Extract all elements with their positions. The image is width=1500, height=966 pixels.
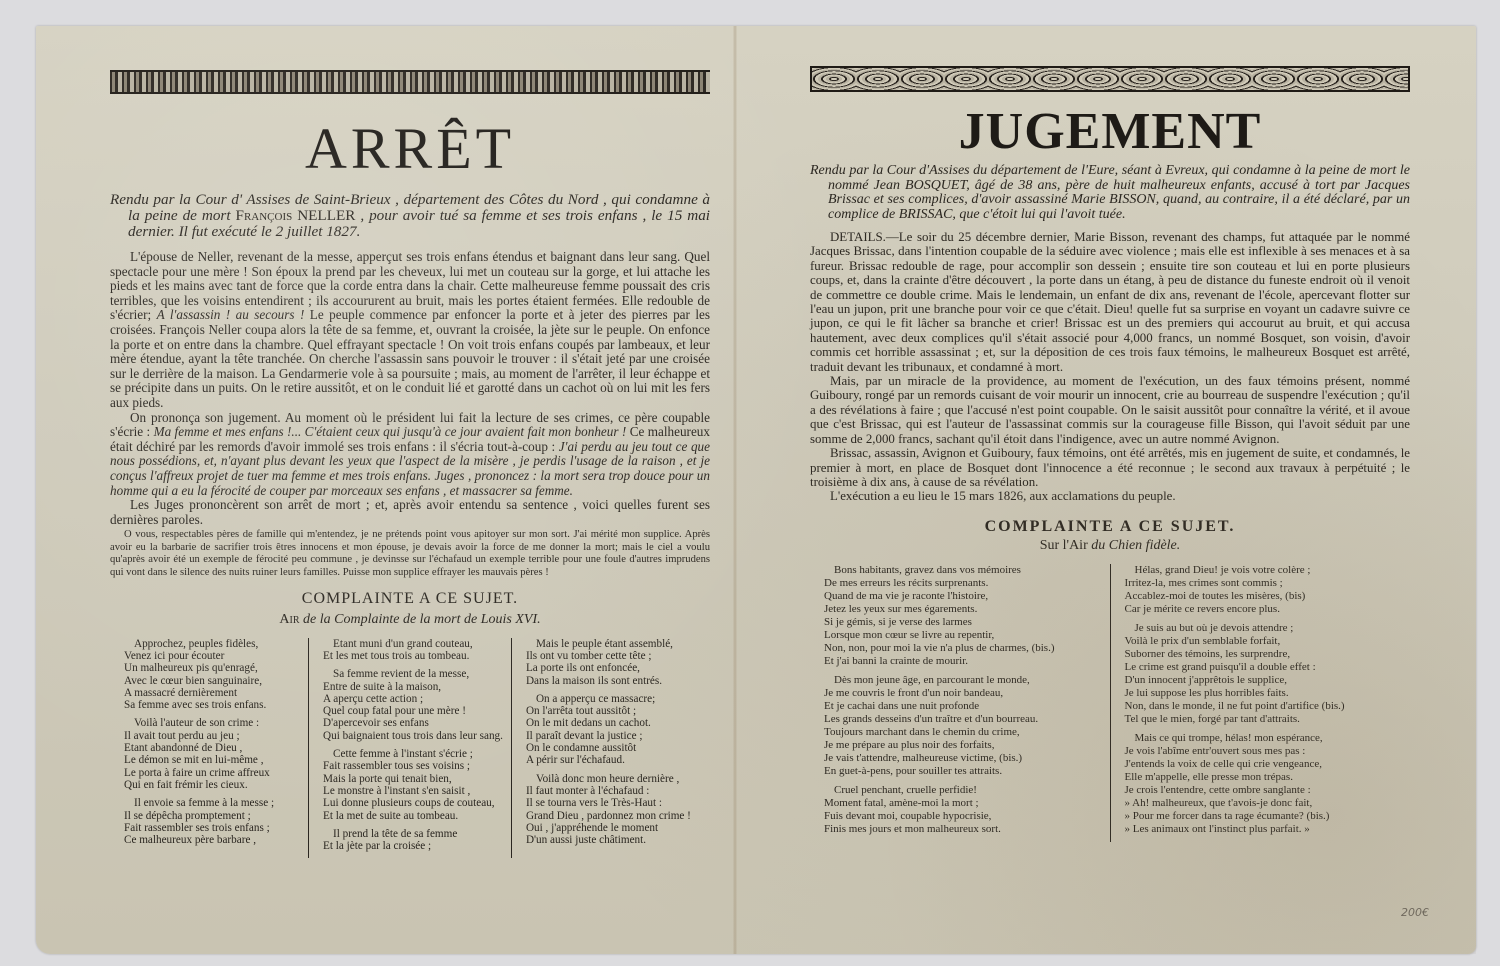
poem-column: Etant muni d'un grand couteau,Et les met…: [308, 638, 511, 859]
poem-line: De mes erreurs les récits surprenants.: [824, 577, 1102, 590]
poem-line: Car je mérite ce revers encore plus.: [1125, 603, 1403, 616]
poem-line: Oui , j'appréhende le moment: [526, 822, 702, 834]
poem-line: Dès mon jeune âge, en parcourant le mond…: [824, 674, 1102, 687]
poem-line: Finis mes jours et mon malheureux sort.: [824, 823, 1102, 836]
poem-line: A aperçu cette action ;: [323, 693, 503, 705]
poem-line: Quand de ma vie je raconte l'histoire,: [824, 590, 1102, 603]
poem-line: Accablez-moi de toutes les misères, (bis…: [1125, 590, 1403, 603]
poem-line: Il faut monter à l'échafaud :: [526, 785, 702, 797]
poem-stanza: Approchez, peuples fidèles,Venez ici pou…: [124, 638, 300, 712]
poem-line: Lorsque mon cœur se livre au repentir,: [824, 629, 1102, 642]
poem-line: » Les animaux ont l'instinct plus parfai…: [1125, 823, 1403, 836]
poem-line: Le crime est grand puisqu'il a double ef…: [1125, 661, 1403, 674]
poem-line: Qui en fait frémir les cieux.: [124, 779, 300, 791]
poem-line: Irritez-la, mes crimes sont commis ;: [1125, 577, 1403, 590]
poem-column: Bons habitants, gravez dans vos mémoires…: [810, 564, 1110, 842]
poem-line: Le démon se mit en lui-même ,: [124, 754, 300, 766]
poem-stanza: On a apperçu ce massacre;On l'arrêta tou…: [526, 693, 702, 767]
poem-line: J'entends la voix de celle qui crie veng…: [1125, 758, 1403, 771]
poem-line: Fuis devant moi, coupable hypocrisie,: [824, 810, 1102, 823]
poem-line: On a apperçu ce massacre;: [526, 693, 702, 705]
poem-line: Lui donne plusieurs coups de couteau,: [323, 797, 503, 809]
poem-line: Les grands desseins d'un traître et d'un…: [824, 713, 1102, 726]
poem-line: Avec le cœur bien sanguinaire,: [124, 675, 300, 687]
ornamental-border-left: [110, 70, 710, 94]
poem-line: A massacré dernièrement: [124, 687, 300, 699]
narrative-paragraph: DETAILS.—Le soir du 25 décembre dernier,…: [810, 230, 1410, 374]
poem-line: Je me prépare au plus noir des forfaits,: [824, 739, 1102, 752]
poem-line: Je lui suppose les plus horribles faits.: [1125, 687, 1403, 700]
poem-line: Mais le peuple étant assemblé,: [526, 638, 702, 650]
ornamental-border-right: [810, 66, 1410, 92]
poem-line: Suborner des témoins, les surprendre,: [1125, 648, 1403, 661]
poem-line: A périr sur l'échafaud.: [526, 754, 702, 766]
narrative-paragraph: Brissac, assassin, Avignon et Guiboury, …: [810, 446, 1410, 489]
left-narrative: L'épouse de Neller, revenant de la messe…: [110, 250, 710, 527]
poem-stanza: Cruel penchant, cruelle perfidie!Moment …: [824, 784, 1102, 836]
poem-line: Et je cachai dans une nuit profonde: [824, 700, 1102, 713]
poem-line: Sa femme avec ses trois enfans.: [124, 699, 300, 711]
poem-line: Moment fatal, amène-moi la mort ;: [824, 797, 1102, 810]
poem-line: Je suis au but où je devois attendre ;: [1125, 622, 1403, 635]
poem-line: Et la met de suite au tombeau.: [323, 810, 503, 822]
poem-stanza: Dès mon jeune âge, en parcourant le mond…: [824, 674, 1102, 778]
poem-line: Qui baignaient tous trois dans leur sang…: [323, 730, 503, 742]
poem-line: Si je gémis, si je verse des larmes: [824, 616, 1102, 629]
pencil-price-note: 200€: [1401, 906, 1429, 919]
right-narrative: DETAILS.—Le soir du 25 décembre dernier,…: [810, 230, 1410, 504]
poem-line: Un malheureux pis qu'enragé,: [124, 662, 300, 674]
narrative-paragraph: Mais, par un miracle de la providence, a…: [810, 374, 1410, 446]
right-complainte-title: COMPLAINTE A CE SUJET.: [810, 518, 1410, 536]
poem-line: Non, dans le monde, il ne fut point d'ar…: [1125, 700, 1403, 713]
poem-line: Mais la porte qui tenait bien,: [323, 773, 503, 785]
poem-stanza: Il envoie sa femme à la messe ;Il se dép…: [124, 797, 300, 846]
poem-line: On le mit dedans un cachot.: [526, 717, 702, 729]
right-page-jugement: JUGEMENT Rendu par la Cour d'Assises du …: [810, 26, 1410, 842]
poem-line: Je me couvris le front d'un noir bandeau…: [824, 687, 1102, 700]
poem-line: Etant muni d'un grand couteau,: [323, 638, 503, 650]
poem-line: Mais ce qui trompe, hélas! mon espérance…: [1125, 732, 1403, 745]
poem-line: Il envoie sa femme à la messe ;: [124, 797, 300, 809]
poem-line: Il se tourna vers le Très-Haut :: [526, 797, 702, 809]
poem-line: Approchez, peuples fidèles,: [124, 638, 300, 650]
condemned-first-name: François: [236, 207, 293, 224]
poem-line: Venez ici pour écouter: [124, 650, 300, 662]
poem-line: Fait rassembler ses trois enfans ;: [124, 822, 300, 834]
poem-stanza: Voilà donc mon heure dernière ,Il faut m…: [526, 773, 702, 847]
poem-line: La porte ils ont enfoncée,: [526, 662, 702, 674]
poem-stanza: Bons habitants, gravez dans vos mémoires…: [824, 564, 1102, 668]
poem-line: Cette femme à l'instant s'écrie ;: [323, 748, 503, 760]
left-page-title: ARRÊT: [110, 120, 710, 178]
printed-broadside-sheet: ARRÊT Rendu par la Cour d' Assises de Sa…: [36, 26, 1476, 954]
left-page-arret: ARRÊT Rendu par la Cour d' Assises de Sa…: [110, 26, 710, 858]
right-air-line: Sur l'Air du Chien fidèle.: [810, 538, 1410, 554]
narrative-paragraph: On prononça son jugement. Au moment où l…: [110, 411, 710, 499]
poem-line: Jetez les yeux sur mes égarements.: [824, 603, 1102, 616]
poem-line: Ce malheureux père barbare ,: [124, 834, 300, 846]
poem-line: Je crois l'entendre, cette ombre sanglan…: [1125, 784, 1403, 797]
poem-line: Toujours marchant dans le chemin du crim…: [824, 726, 1102, 739]
poem-line: Cruel penchant, cruelle perfidie!: [824, 784, 1102, 797]
right-page-title: JUGEMENT: [810, 106, 1410, 158]
condemned-last-name: NELLER: [297, 207, 355, 224]
poem-line: Ils ont vu tomber cette tête ;: [526, 650, 702, 662]
poem-line: Entre de suite à la maison,: [323, 681, 503, 693]
poem-stanza: Mais le peuple étant assemblé,Ils ont vu…: [526, 638, 702, 687]
poem-line: Il paraît devant la justice ;: [526, 730, 702, 742]
poem-column: Approchez, peuples fidèles,Venez ici pou…: [110, 638, 308, 859]
poem-line: » Pour me forcer dans ta rage écumante? …: [1125, 810, 1403, 823]
poem-line: Je vois l'abîme entr'ouvert sous mes pas…: [1125, 745, 1403, 758]
poem-stanza: Mais ce qui trompe, hélas! mon espérance…: [1125, 732, 1403, 836]
poem-stanza: Sa femme revient de la messe,Entre de su…: [323, 668, 503, 742]
poem-line: Etant abandonné de Dieu ,: [124, 742, 300, 754]
poem-line: Sa femme revient de la messe,: [323, 668, 503, 680]
narrative-paragraph: L'exécution a eu lieu le 15 mars 1826, a…: [810, 489, 1410, 503]
poem-line: Et la jète par la croisée ;: [323, 840, 503, 852]
poem-line: Voilà le prix d'un semblable forfait,: [1125, 635, 1403, 648]
poem-line: Le monstre à l'instant s'en saisit ,: [323, 785, 503, 797]
poem-line: Quel coup fatal pour une mère !: [323, 705, 503, 717]
poem-line: D'un innocent j'apprêtois le supplice,: [1125, 674, 1403, 687]
poem-line: Je vais t'attendre, malheureuse victime,…: [824, 752, 1102, 765]
poem-line: On l'arrêta tout aussitôt ;: [526, 705, 702, 717]
poem-line: Hélas, grand Dieu! je vois votre colère …: [1125, 564, 1403, 577]
poem-line: Dans la maison ils sont entrés.: [526, 675, 702, 687]
poem-line: Bons habitants, gravez dans vos mémoires: [824, 564, 1102, 577]
narrative-paragraph: Les Juges prononcèrent son arrêt de mort…: [110, 498, 710, 527]
left-air-line: Air de la Complainte de la mort de Louis…: [110, 612, 710, 628]
poem-line: Il prend la tête de sa femme: [323, 828, 503, 840]
poem-line: Le porta à faire un crime affreux: [124, 767, 300, 779]
poem-line: Il se dépêcha promptement ;: [124, 810, 300, 822]
poem-column: Mais le peuple étant assemblé,Ils ont vu…: [511, 638, 710, 859]
poem-line: Elle m'appelle, elle presse mon trépas.: [1125, 771, 1403, 784]
last-words: O vous, respectables pères de famille qu…: [110, 529, 710, 579]
poem-line: Grand Dieu , pardonnez mon crime !: [526, 810, 702, 822]
poem-stanza: Etant muni d'un grand couteau,Et les met…: [323, 638, 503, 663]
poem-stanza: Voilà l'auteur de son crime :Il avait to…: [124, 717, 300, 791]
poem-line: » Ah! malheureux, que t'avois-je donc fa…: [1125, 797, 1403, 810]
poem-line: D'un aussi juste châtiment.: [526, 834, 702, 846]
left-complainte-title: COMPLAINTE A CE SUJET.: [110, 590, 710, 608]
left-subtitle: Rendu par la Cour d' Assises de Saint-Br…: [110, 192, 710, 240]
poem-line: Voilà l'auteur de son crime :: [124, 717, 300, 729]
poem-stanza: Cette femme à l'instant s'écrie ;Fait ra…: [323, 748, 503, 822]
poem-stanza: Hélas, grand Dieu! je vois votre colère …: [1125, 564, 1403, 616]
poem-stanza: Je suis au but où je devois attendre ;Vo…: [1125, 622, 1403, 726]
poem-line: On le condamne aussitôt: [526, 742, 702, 754]
center-fold: [733, 26, 737, 954]
left-poem: Approchez, peuples fidèles,Venez ici pou…: [110, 638, 710, 859]
narrative-paragraph: L'épouse de Neller, revenant de la messe…: [110, 250, 710, 411]
poem-line: Il avait tout perdu au jeu ;: [124, 730, 300, 742]
poem-line: Et j'ai banni la crainte de mourir.: [824, 655, 1102, 668]
poem-stanza: Il prend la tête de sa femmeEt la jète p…: [323, 828, 503, 853]
poem-line: Voilà donc mon heure dernière ,: [526, 773, 702, 785]
poem-line: Et les met tous trois au tombeau.: [323, 650, 503, 662]
details-label: DETAILS.: [830, 230, 886, 244]
poem-line: En guet-à-pens, pour souiller tes attrai…: [824, 765, 1102, 778]
poem-line: Fait rassembler tous ses voisins ;: [323, 760, 503, 772]
poem-line: D'apercevoir ses enfans: [323, 717, 503, 729]
poem-column: Hélas, grand Dieu! je vois votre colère …: [1110, 564, 1411, 842]
poem-line: Non, non, pour moi la vie n'a plus de ch…: [824, 642, 1102, 655]
right-subtitle: Rendu par la Cour d'Assises du départeme…: [810, 164, 1410, 222]
poem-line: Tel que le mien, forgé par tant d'attrai…: [1125, 713, 1403, 726]
right-poem: Bons habitants, gravez dans vos mémoires…: [810, 564, 1410, 842]
